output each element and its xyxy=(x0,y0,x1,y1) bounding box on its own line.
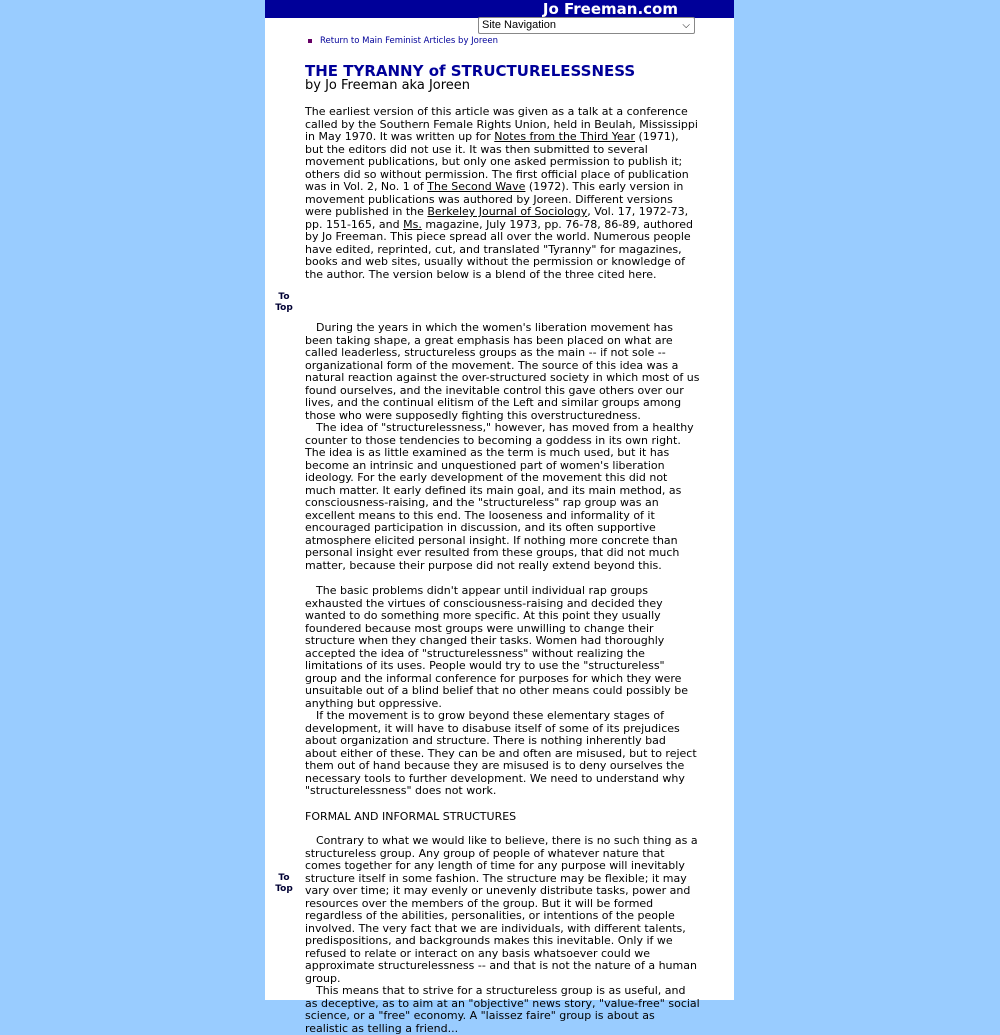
paragraph: If the movement is to grow beyond these … xyxy=(305,710,700,798)
site-navigation-select[interactable]: Site Navigation ⌵ xyxy=(478,17,695,34)
intro-paragraph: The earliest version of this article was… xyxy=(305,106,700,281)
link-notes-third-year[interactable]: Notes from the Third Year xyxy=(494,130,635,143)
paragraph: During the years in which the women's li… xyxy=(305,322,700,422)
section-heading: FORMAL AND INFORMAL STRUCTURES xyxy=(305,811,700,824)
article-byline: by Jo Freeman aka Joreen xyxy=(305,78,470,93)
bullet-icon xyxy=(308,39,312,43)
return-link[interactable]: Return to Main Feminist Articles by Jore… xyxy=(308,36,498,46)
paragraph: The basic problems didn't appear until i… xyxy=(305,585,700,710)
link-ms-magazine[interactable]: Ms. xyxy=(403,218,422,231)
paragraph: Contrary to what we would like to believ… xyxy=(305,835,700,985)
paragraph: The idea of "structurelessness," however… xyxy=(305,422,700,572)
article-body-2: The basic problems didn't appear until i… xyxy=(305,585,700,1000)
page-content: Jo Freeman.com Site Navigation ⌵ Return … xyxy=(265,0,734,1000)
site-title[interactable]: Jo Freeman.com xyxy=(543,0,678,18)
chevron-down-icon: ⌵ xyxy=(682,18,690,33)
to-top-link[interactable]: To Top xyxy=(270,292,298,314)
article-body-1: During the years in which the women's li… xyxy=(305,322,700,572)
link-berkeley-journal[interactable]: Berkeley Journal of Sociology xyxy=(427,205,587,218)
paragraph: This means that to strive for a structur… xyxy=(305,985,700,1000)
site-header: Jo Freeman.com xyxy=(265,0,734,18)
to-top-link[interactable]: To Top xyxy=(270,873,298,895)
link-second-wave[interactable]: The Second Wave xyxy=(427,180,525,193)
site-navigation-value: Site Navigation xyxy=(482,19,556,31)
